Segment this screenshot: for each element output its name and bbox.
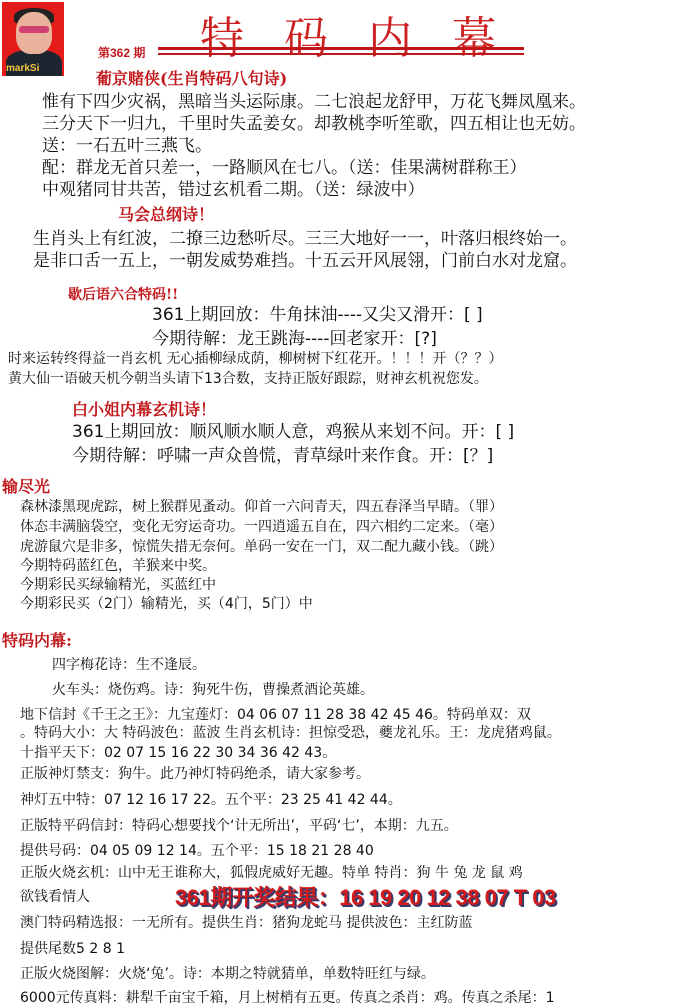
section-heading-mahui: 马会总纲诗！	[118, 202, 214, 225]
page-title: 特码内幕	[200, 2, 536, 66]
avatar-glasses	[19, 26, 49, 33]
avatar-face	[16, 12, 52, 54]
info-line: 十指平天下：02 07 15 16 22 30 34 36 42 43。	[20, 744, 336, 763]
poem-line: 生肖头上有红波，二撩三边愁听尽。三三大地好一一，叶落归根终始一。	[33, 228, 577, 250]
info-line: 正版神灯禁支：狗牛。此乃神灯特码绝杀，请大家参考。	[20, 765, 370, 784]
avatar-watermark: markSi	[6, 63, 39, 74]
info-line: 火车头：烧伤鸡。诗：狗死牛伤，曹操煮酒论英雄。	[52, 681, 374, 700]
title-underline-2	[158, 53, 524, 55]
poem-line: 今期彩民买绿输精光，买蓝红中	[20, 576, 216, 595]
poem-line: 361上期回放：顺风顺水顺人意，鸡猴从来划不问。开：[ ]	[72, 421, 514, 443]
poem-line: 体态丰满脑袋空，变化无穷运奇功。一四逍遥五自在，四六相约二定来。（毫）	[20, 518, 503, 537]
riddle-line: 361上期回放：牛角抹油----又尖又滑开：[ ]	[152, 304, 483, 326]
poem-line: 是非口舌一五上，一朝发威势难挡。十五云开风展翎，门前白水对龙窟。	[33, 250, 577, 272]
extra-line: 时来运转终得益一肖玄机 无心插柳绿成荫，柳树树下红花开。！！！开（？？）	[8, 350, 502, 369]
poem-line: 中观猪同甘共苦，错过玄机看二期。（送：绿波中）	[42, 179, 425, 201]
section-heading-baixiaojie: 白小姐内幕玄机诗！	[72, 397, 216, 420]
extra-line: 黄大仙一语破天机今朝当头请下13合数，支持正版好跟踪，财神玄机祝您发。	[8, 370, 488, 389]
poem-line: 今期特码蓝红色，羊猴来中奖。	[20, 557, 216, 576]
issue-number: 第362 期	[98, 44, 145, 61]
info-line: 。特码大小：大 特码波色：蓝波 生肖玄机诗：担惊受恐，夔龙礼乐。王：龙虎猪鸡鼠。	[20, 724, 561, 743]
info-line: 澳门特码精选报：一无所有。提供生肖：猪狗龙蛇马 提供波色：主红防蓝	[20, 914, 472, 933]
info-line: 提供尾数5 2 8 1	[20, 940, 125, 959]
poem-line: 送：一石五叶三燕飞。	[42, 135, 212, 157]
section-heading-pujing: 葡京赌侠(生肖特码八句诗)	[96, 66, 287, 89]
result-banner: 361期开奖结果：16 19 20 12 38 07 T 03	[175, 881, 556, 912]
riddle-line: 今期待解：龙王跳海----回老家开：[?]	[152, 328, 437, 350]
poem-line: 今期彩民买（2门）输精光，买（4门，5门）中	[20, 595, 313, 614]
info-line: 提供号码：04 05 09 12 14。五个平：15 18 21 28 40	[20, 842, 374, 861]
info-line: 正版火烧图解：火烧‘兔’。诗：本期之特就猜单，单数特旺红与绿。	[20, 965, 435, 984]
info-line: 6000元传真料：耕犁千亩宝千箱，月上树梢有五更。传真之杀肖：鸡。传真之杀尾：1	[20, 989, 555, 1008]
poem-line: 森林漆黑现虎踪，树上猴群见蚤动。仰首一六问青天，四五春泽当早睛。（罪）	[20, 498, 503, 517]
poem-line: 三分天下一归九，千里时失孟姜女。却教桃李听笙歌，四五相让也无妨。	[42, 113, 586, 135]
avatar: markSi	[2, 2, 64, 76]
poem-line: 今期待解：呼啸一声众兽慌，青草绿叶来作食。开：[？]	[72, 445, 493, 467]
section-heading-temaneimu: 特码内幕:	[2, 628, 72, 651]
info-line: 神灯五中特：07 12 16 17 22。五个平：23 25 41 42 44。	[20, 791, 402, 810]
info-line: 正版特平码信封：特码心想要找个‘计无所出’，平码‘七’，本期：九五。	[20, 817, 458, 836]
poem-line: 配：群龙无首只差一，一路顺风在七八。（送：佳果满树群称王）	[42, 157, 527, 179]
title-underline	[158, 47, 524, 50]
poem-line: 虎游鼠穴是非多，惊慌失措无奈何。单码一安在一门，双二配九藏小钱。（跳）	[20, 538, 503, 557]
info-line: 地下信封《千王之王》：九宝莲灯：04 06 07 11 28 38 42 45 …	[20, 706, 531, 725]
section-heading-xiehouyu: 歇后语六合特码!!	[68, 284, 178, 304]
info-line: 欲钱看情人	[20, 888, 90, 907]
info-line: 四字梅花诗：生不逢辰。	[52, 656, 206, 675]
section-heading-shujinguang: 输尽光	[2, 474, 50, 497]
poem-line: 惟有下四少灾祸，黑暗当头运际康。二七浪起龙舒甲，万花飞舞凤凰来。	[42, 91, 586, 113]
